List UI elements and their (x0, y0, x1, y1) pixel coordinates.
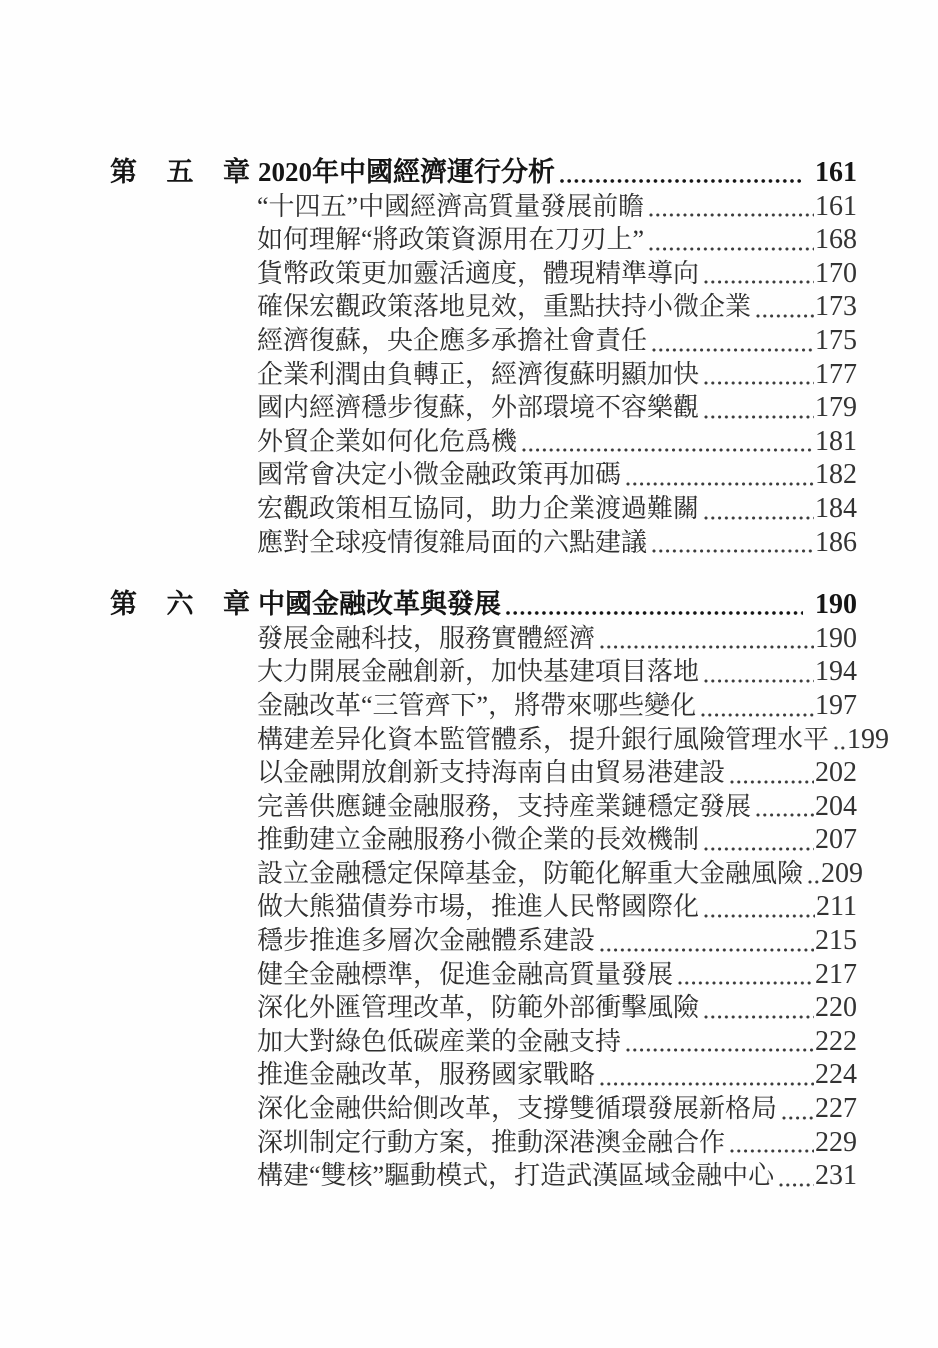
dot-leader (600, 645, 814, 649)
dot-leader (730, 1149, 814, 1153)
toc-entry-page-number: 224 (815, 1058, 857, 1092)
toc-entry-row: 健全金融標準，促進金融高質量發展217 (110, 958, 857, 992)
chapter-label-char: 五 (167, 156, 194, 190)
toc-entry-page-number: 207 (815, 823, 857, 857)
toc-entry-row: 以金融開放創新支持海南自由貿易港建設202 (110, 756, 857, 790)
toc-entry-row: 深圳制定行動方案，推動深港澳金融合作229 (110, 1126, 857, 1160)
dot-leader (779, 1183, 814, 1187)
chapter-number-label: 第五章 (110, 156, 250, 190)
toc-entry-page-number: 204 (815, 790, 857, 824)
toc-entry-title: 完善供應鏈金融服務，支持産業鏈穩定發展 (257, 790, 751, 824)
dot-leader (600, 948, 814, 952)
dot-leader (782, 1116, 814, 1120)
toc-entry-title: 金融改革“三管齊下”，將帶來哪些變化 (257, 689, 696, 723)
toc-entry-page-number: 168 (815, 223, 857, 257)
chapter-title: 2020年中國經濟運行分析 (258, 156, 555, 190)
dot-leader (756, 813, 814, 817)
dot-leader (626, 482, 814, 486)
chapter-label-char: 章 (223, 156, 250, 190)
book-toc-page: 第五章2020年中國經濟運行分析161“十四五”中國經濟高質量發展前瞻161如何… (0, 0, 938, 1348)
dot-leader (626, 1048, 814, 1052)
toc-entry-page-number: 211 (816, 890, 857, 924)
toc-entry-title: 大力開展金融創新，加快基建項目落地 (257, 655, 699, 689)
toc-entry-page-number: 173 (815, 290, 857, 324)
toc-entry-page-number: 217 (815, 958, 857, 992)
toc-entry-title: 如何理解“將政策資源用在刀刃上” (257, 223, 644, 257)
toc-entry-title: 構建差异化資本監管體系，提升銀行風險管理水平 (257, 723, 829, 757)
toc-entry-page-number: 222 (815, 1025, 857, 1059)
chapter-label-char: 第 (110, 156, 137, 190)
toc-entry-page-number: 220 (815, 991, 857, 1025)
toc-entry-title: 深圳制定行動方案，推動深港澳金融合作 (257, 1126, 725, 1160)
toc-entry-row: 加大對綠色低碳産業的金融支持222 (110, 1025, 857, 1059)
toc-entry-title: 穩步推進多層次金融體系建設 (257, 924, 595, 958)
dot-leader (600, 1082, 814, 1086)
toc-entry-row: 穩步推進多層次金融體系建設215 (110, 924, 857, 958)
toc-entry-page-number: 199 (847, 723, 889, 757)
toc-entry-title: 國常會决定小微金融政策再加碼 (257, 458, 621, 492)
toc-entry-page-number: 184 (815, 492, 857, 526)
toc-entry-row: 經濟復蘇，央企應多承擔社會責任175 (110, 324, 857, 358)
toc-entry-title: 企業利潤由負轉正，經濟復蘇明顯加快 (257, 358, 699, 392)
chapter-label-char: 章 (223, 588, 250, 622)
chapter-page-number: 161 (815, 156, 857, 190)
dot-leader (652, 549, 814, 553)
dot-leader (756, 314, 814, 318)
toc-entry-row: 推動建立金融服務小微企業的長效機制207 (110, 823, 857, 857)
toc-entry-title: 貨幣政策更加靈活適度，體現精準導向 (257, 257, 699, 291)
dot-leader (678, 981, 814, 985)
toc-entry-row: 企業利潤由負轉正，經濟復蘇明顯加快177 (110, 358, 857, 392)
toc-entry-row: 做大熊猫債券市場，推進人民幣國際化211 (110, 890, 857, 924)
chapter-heading-row: 第五章2020年中國經濟運行分析161 (110, 156, 857, 190)
toc-entry-row: 應對全球疫情復雜局面的六點建議186 (110, 526, 857, 560)
dot-leader (522, 448, 814, 452)
toc-entry-row: “十四五”中國經濟高質量發展前瞻161 (110, 190, 857, 224)
dot-leader (704, 381, 814, 385)
toc-entry-page-number: 194 (815, 655, 857, 689)
toc-entry-title: 應對全球疫情復雜局面的六點建議 (257, 526, 647, 560)
toc-entry-title: 以金融開放創新支持海南自由貿易港建設 (257, 756, 725, 790)
dot-leader (730, 780, 814, 784)
toc-entry-title: 加大對綠色低碳産業的金融支持 (257, 1025, 621, 1059)
toc: 第五章2020年中國經濟運行分析161“十四五”中國經濟高質量發展前瞻161如何… (110, 156, 857, 1193)
dot-leader (704, 1015, 814, 1019)
chapter-block: 第五章2020年中國經濟運行分析161“十四五”中國經濟高質量發展前瞻161如何… (110, 156, 857, 559)
toc-entry-row: 外貿企業如何化危爲機181 (110, 425, 857, 459)
toc-entry-title: 深化金融供給側改革，支撐雙循環發展新格局 (257, 1092, 777, 1126)
toc-entry-title: 構建“雙核”驅動模式，打造武漢區域金融中心 (257, 1159, 774, 1193)
toc-entry-title: 確保宏觀政策落地見效，重點扶持小微企業 (257, 290, 751, 324)
dot-leader (704, 914, 815, 918)
dot-leader (652, 348, 814, 352)
dot-leader (704, 679, 814, 683)
chapter-number-label: 第六章 (110, 588, 250, 622)
toc-entry-title: 做大熊猫債券市場，推進人民幣國際化 (257, 890, 699, 924)
toc-entry-page-number: 229 (815, 1126, 857, 1160)
toc-entry-row: 發展金融科技，服務實體經濟190 (110, 622, 857, 656)
dot-leader (808, 880, 820, 884)
toc-entry-title: 深化外匯管理改革，防範外部衝擊風險 (257, 991, 699, 1025)
toc-entry-row: 完善供應鏈金融服務，支持産業鏈穩定發展204 (110, 790, 857, 824)
toc-entry-page-number: 181 (815, 425, 857, 459)
toc-entry-title: 發展金融科技，服務實體經濟 (257, 622, 595, 656)
toc-entry-row: 確保宏觀政策落地見效，重點扶持小微企業173 (110, 290, 857, 324)
toc-entry-title: 宏觀政策相互協同，助力企業渡過難關 (257, 492, 699, 526)
toc-entry-row: 深化金融供給側改革，支撐雙循環發展新格局227 (110, 1092, 857, 1126)
toc-entry-title: 外貿企業如何化危爲機 (257, 425, 517, 459)
toc-entry-row: 構建差异化資本監管體系，提升銀行風險管理水平199 (110, 723, 857, 757)
toc-entry-page-number: 190 (815, 622, 857, 656)
dot-leader (649, 213, 814, 217)
chapter-title: 中國金融改革與發展 (258, 588, 501, 622)
toc-entry-title: 設立金融穩定保障基金，防範化解重大金融風險 (257, 857, 803, 891)
dot-leader (701, 713, 814, 717)
toc-entry-row: 貨幣政策更加靈活適度，體現精準導向170 (110, 257, 857, 291)
toc-entry-row: 推進金融改革，服務國家戰略224 (110, 1058, 857, 1092)
toc-entry-row: 設立金融穩定保障基金，防範化解重大金融風險209 (110, 857, 857, 891)
toc-entry-page-number: 227 (815, 1092, 857, 1126)
dot-leader (560, 179, 803, 183)
toc-entry-page-number: 202 (815, 756, 857, 790)
toc-entry-page-number: 186 (815, 526, 857, 560)
chapter-label-char: 第 (110, 588, 137, 622)
dot-leader (704, 415, 814, 419)
toc-entry-row: 深化外匯管理改革，防範外部衝擊風險220 (110, 991, 857, 1025)
toc-entry-title: 推動建立金融服務小微企業的長效機制 (257, 823, 699, 857)
dot-leader (704, 280, 814, 284)
toc-entry-row: 如何理解“將政策資源用在刀刃上”168 (110, 223, 857, 257)
chapter-page-number: 190 (815, 588, 857, 622)
toc-entry-page-number: 231 (815, 1159, 857, 1193)
toc-entry-page-number: 179 (815, 391, 857, 425)
toc-entry-page-number: 197 (815, 689, 857, 723)
toc-entry-row: 國常會决定小微金融政策再加碼182 (110, 458, 857, 492)
toc-entry-row: 宏觀政策相互協同，助力企業渡過難關184 (110, 492, 857, 526)
toc-entry-page-number: 182 (815, 458, 857, 492)
chapter-label-char: 六 (167, 588, 194, 622)
dot-leader (649, 247, 814, 251)
toc-entry-page-number: 161 (815, 190, 857, 224)
toc-entry-title: “十四五”中國經濟高質量發展前瞻 (257, 190, 644, 224)
toc-entry-title: 國内經濟穩步復蘇，外部環境不容樂觀 (257, 391, 699, 425)
toc-entry-page-number: 215 (815, 924, 857, 958)
toc-entry-row: 大力開展金融創新，加快基建項目落地194 (110, 655, 857, 689)
toc-entry-page-number: 209 (821, 857, 863, 891)
toc-entry-title: 經濟復蘇，央企應多承擔社會責任 (257, 324, 647, 358)
chapter-block: 第六章中國金融改革與發展190發展金融科技，服務實體經濟190大力開展金融創新，… (110, 588, 857, 1193)
toc-entry-page-number: 175 (815, 324, 857, 358)
dot-leader (834, 746, 846, 750)
toc-entry-page-number: 177 (815, 358, 857, 392)
chapter-heading-row: 第六章中國金融改革與發展190 (110, 588, 857, 622)
toc-entry-row: 國内經濟穩步復蘇，外部環境不容樂觀179 (110, 391, 857, 425)
dot-leader (704, 847, 814, 851)
toc-entry-title: 健全金融標準，促進金融高質量發展 (257, 958, 673, 992)
toc-entry-row: 金融改革“三管齊下”，將帶來哪些變化197 (110, 689, 857, 723)
dot-leader (506, 611, 803, 615)
toc-entry-page-number: 170 (815, 257, 857, 291)
dot-leader (704, 516, 814, 520)
toc-entry-row: 構建“雙核”驅動模式，打造武漢區域金融中心231 (110, 1159, 857, 1193)
toc-entry-title: 推進金融改革，服務國家戰略 (257, 1058, 595, 1092)
